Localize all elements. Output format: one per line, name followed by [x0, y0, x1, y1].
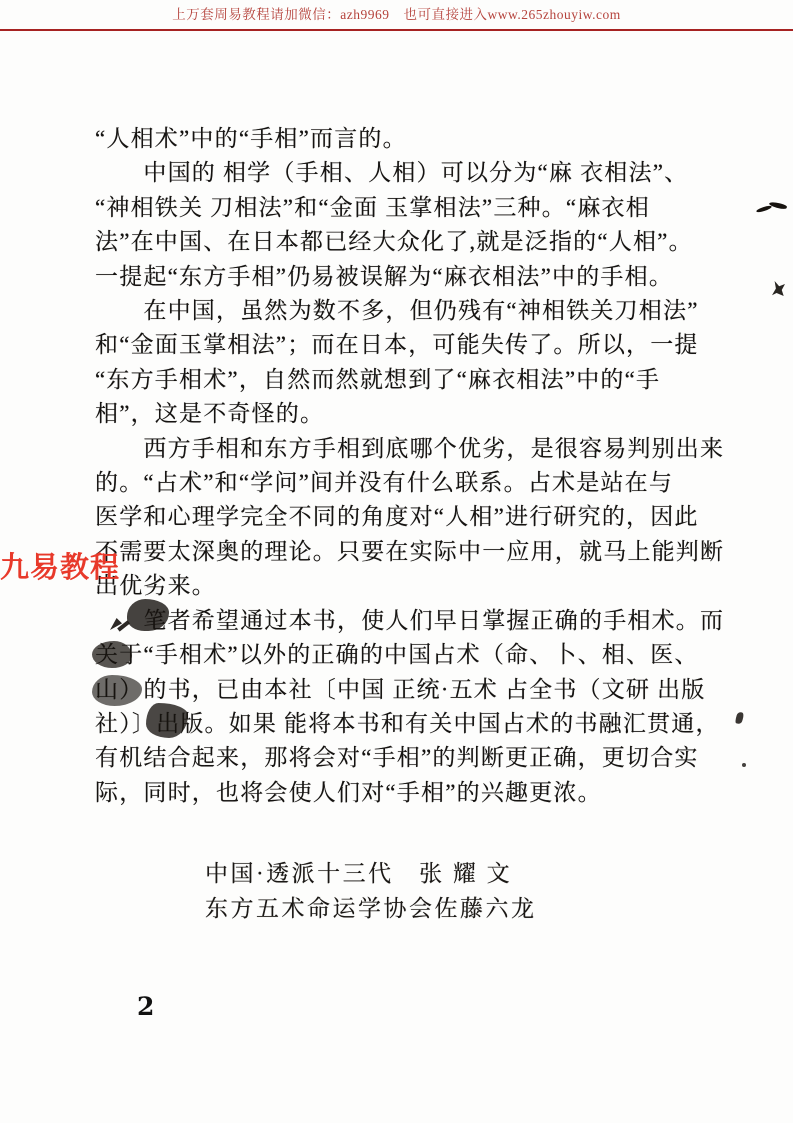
body-line: 相”，这是不奇怪的。 [95, 397, 743, 431]
body-line: 有机结合起来，那将会对“手相”的判断更正确，更切合实 [95, 741, 743, 775]
body-text: “人相术”中的“手相”而言的。 中国的 相学（手相、人相）可以分为“麻 衣相法”… [95, 122, 743, 810]
margin-squiggle-mark [756, 201, 790, 217]
signature-line-association: 东方五术命运学协会佐藤六龙 [205, 891, 537, 926]
body-line: “人相术”中的“手相”而言的。 [95, 122, 743, 156]
body-line: 和“金面玉掌相法”；而在日本，可能失传了。所以，一提 [95, 328, 743, 362]
signature-line-author: 中国·透派十三代 张 耀 文 [205, 856, 537, 891]
signature-block: 中国·透派十三代 张 耀 文 东方五术命运学协会佐藤六龙 [205, 856, 537, 926]
margin-ink-speck [772, 281, 785, 296]
body-line: 医学和心理学完全不同的角度对“人相”进行研究的，因此 [95, 500, 743, 534]
header-promo-text: 上万套周易教程请加微信：azh9969 也可直接进入www.265zhouyiw… [0, 3, 793, 23]
body-line: 一提起“东方手相”仍易被误解为“麻衣相法”中的手相。 [95, 260, 743, 294]
body-line: “神相铁关 刀相法”和“金面 玉掌相法”三种。“麻衣相 [95, 191, 743, 225]
margin-ink-dot [742, 763, 746, 767]
body-line: 山）的书，已由本社〔中国 正统·五术 占全书（文研 出版 [95, 673, 743, 707]
scanned-book-page: 上万套周易教程请加微信：azh9969 也可直接进入www.265zhouyiw… [0, 0, 793, 1123]
header-rule [0, 29, 793, 31]
body-line: 社）〕出版。如果 能将本书和有关中国占术的书融汇贯通， [95, 707, 743, 741]
ink-arrow-mark [108, 616, 130, 640]
body-line: 际，同时，也将会使人们对“手相”的兴趣更浓。 [95, 776, 743, 810]
body-line: 在中国，虽然为数不多，但仍残有“神相铁关刀相法” [95, 294, 743, 328]
body-line: 关于“手相术”以外的正确的中国占术（命、卜、相、医、 [95, 638, 743, 672]
body-line: 出优劣来。 [95, 569, 743, 603]
body-line: 中国的 相学（手相、人相）可以分为“麻 衣相法”、 [95, 156, 743, 190]
page-number: 2 [137, 992, 154, 1021]
body-line: 的。“占术”和“学问”间并没有什么联系。占术是站在与 [95, 466, 743, 500]
body-line: “东方手相术”，自然而然就想到了“麻衣相法”中的“手 [95, 363, 743, 397]
body-line: 法”在中国、在日本都已经大众化了,就是泛指的“人相”。 [95, 225, 743, 259]
ink-smudge [92, 641, 132, 668]
body-line: 西方手相和东方手相到底哪个优劣，是很容易判别出来 [95, 432, 743, 466]
body-line: 笔者希望通过本书，使人们早日掌握正确的手相术。而 [95, 604, 743, 638]
watermark-stamp: 九易教程 [0, 545, 120, 586]
body-line: 不需要太深奥的理论。只要在实际中一应用，就马上能判断 [95, 535, 743, 569]
